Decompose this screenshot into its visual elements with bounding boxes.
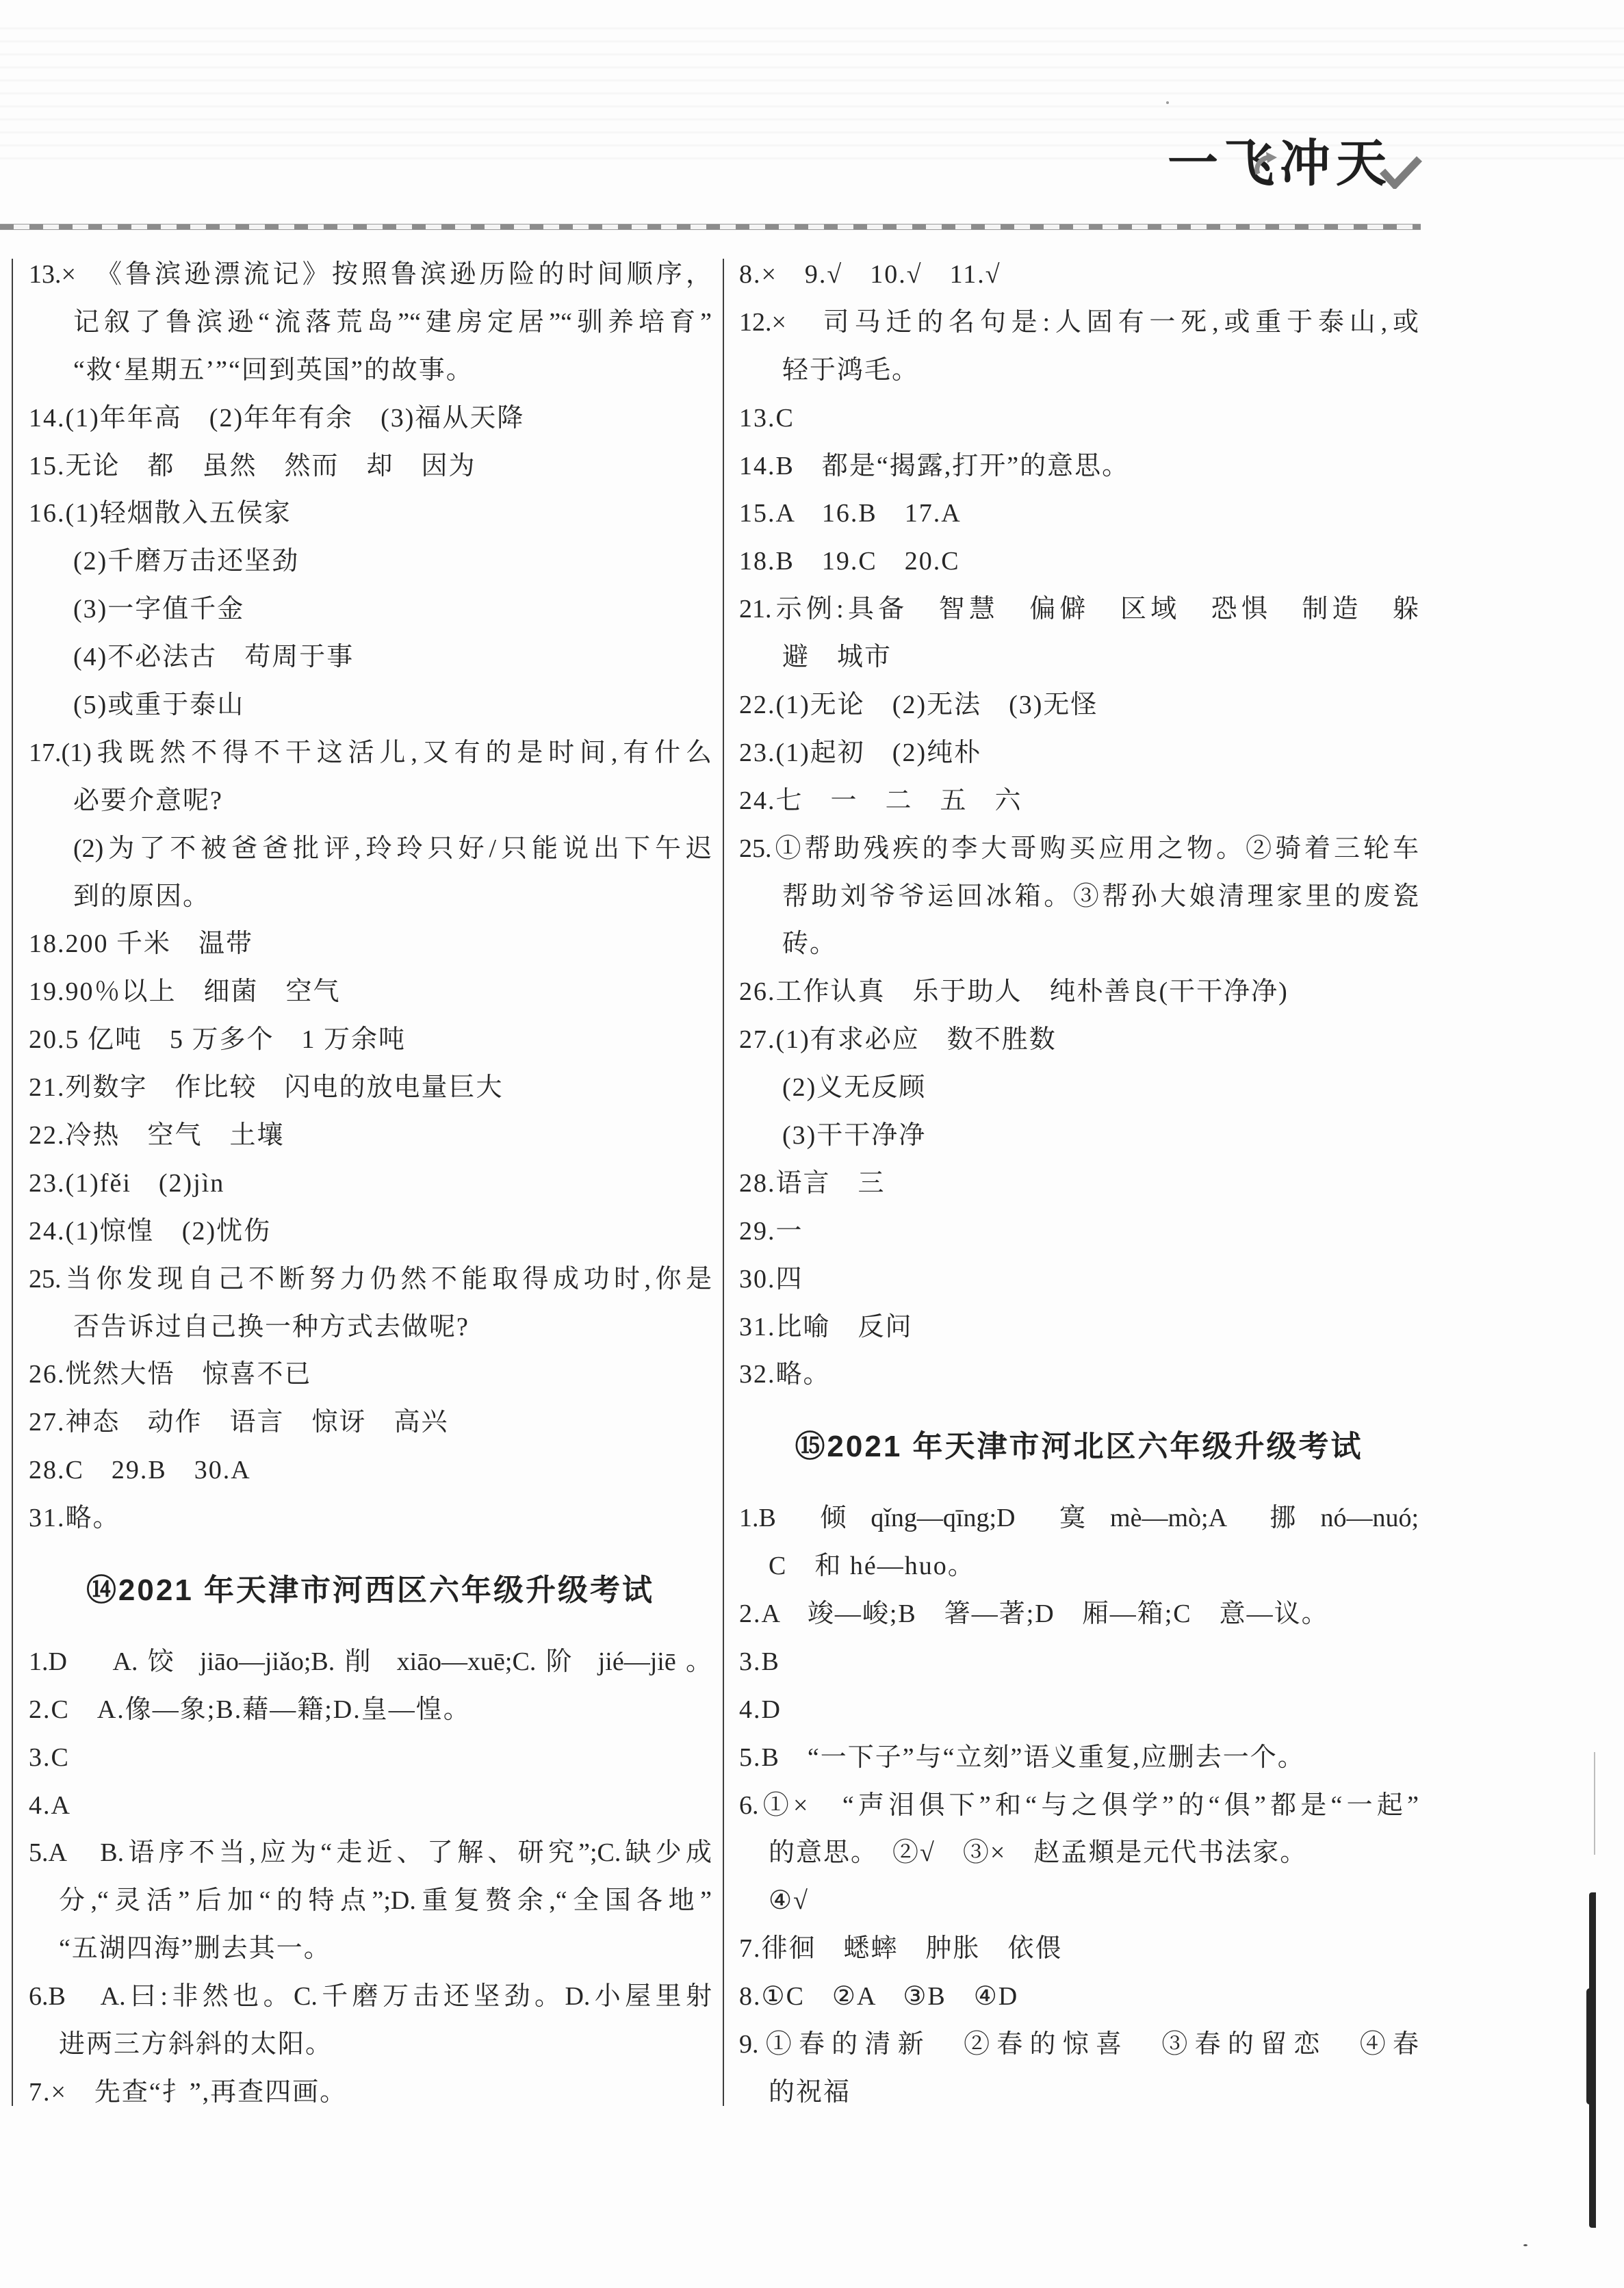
answer-line: 12.× 司马迁的名句是:人固有一死,或重于泰山,或 [739,299,1419,347]
answer-line: 16.(1)轻烟散入五侯家 [29,490,712,538]
answer-line: 17.(1)我既然不得不干这活儿,又有的是时间,有什么 [29,730,712,777]
answer-line: (2)义无反顾 [739,1064,1419,1112]
answer-line: 的祝福 [739,2069,1419,2117]
answer-item-4: 4.A [29,1782,712,1830]
answer-line: C 和 hé—huo。 [739,1543,1419,1591]
answer-item-16: 16.(1)轻烟散入五侯家 (2)千磨万击还坚劲 (3)一字值千金 (4)不必法… [29,490,712,729]
section-title: ⑮2021 年天津市河北区六年级升级考试 [739,1399,1419,1495]
answer-item-6: 6.①× “声泪俱下”和“与之俱学”的“俱”都是“一起” 的意思。 ②√ ③× … [739,1782,1419,1926]
left-column: 13.× 《鲁滨逊漂流记》按照鲁滨逊历险的时间顺序， 记叙了鲁滨逊“流落荒岛”“… [29,251,712,2117]
answer-line: 27.(1)有求必应 数不胜数 [739,1016,1419,1064]
answer-line: 到的原因。 [29,873,712,921]
answer-item-2: 2.C A.像—象;B.藉—籍;D.皇—惶。 [29,1686,712,1734]
answer-item-25: 25.①帮助残疾的李大哥购买应用之物。②骑着三轮车 帮助刘爷爷运回冰箱。③帮孙大… [739,825,1419,969]
answer-line: 记叙了鲁滨逊“流落荒岛”“建房定居”“驯养培育” [29,299,712,347]
section-14: ⑭2021 年天津市河西区六年级升级考试 1.D A.饺 jiāo—jiǎo;B… [29,1543,712,2117]
answer-item-27: 27.神态 动作 语言 惊讶 高兴 [29,1399,712,1447]
answer-item-14: 14.(1)年年高 (2)年年有余 (3)福从天降 [29,395,712,443]
answer-line: 25.当你发现自己不断努力仍然不能取得成功时,你是 [29,1256,712,1304]
answer-item-25: 25.当你发现自己不断努力仍然不能取得成功时,你是 否告诉过自己换一种方式去做呢… [29,1256,712,1352]
answer-item-30: 30.四 [739,1256,1419,1304]
answer-line: 6.B A.曰:非然也。C.千磨万击还坚劲。D.小屋里射 [29,1973,712,2021]
answer-line: 分,“灵活”后加“的特点”;D.重复赘余,“全国各地” [29,1877,712,1925]
answer-list-part1: 8.× 9.√ 10.√ 11.√ 12.× 司马迁的名句是:人固有一死,或重于… [739,251,1419,1399]
header-divider-rail [0,224,1421,230]
answer-item-18-20: 18.B 19.C 20.C [739,538,1419,586]
answer-line: 砖。 [739,921,1419,968]
answer-item-26: 26.工作认真 乐于助人 纯朴善良(干干净净) [739,968,1419,1016]
swirl-arrow-icon [1254,152,1281,177]
answer-item-4: 4.D [739,1686,1419,1734]
answer-line: 帮助刘爷爷运回冰箱。③帮孙大娘清理家里的废瓷 [739,873,1419,921]
answer-line: “救‘星期五’”“回到英国”的故事。 [29,347,712,395]
left-border-rule [12,259,13,2106]
answer-item-3: 3.B [739,1638,1419,1686]
answer-line: 避 城市 [739,634,1419,682]
section-15: ⑮2021 年天津市河北区六年级升级考试 1.B 倾 qǐng—qīng;D 寞… [739,1399,1419,2116]
answer-item-22: 22.(1)无论 (2)无法 (3)无怪 [739,682,1419,730]
answer-item-31: 31.比喻 反问 [739,1304,1419,1352]
answer-line: (2)千磨万击还坚劲 [29,538,712,586]
answer-line: 9.①春的清新 ②春的惊喜 ③春的留恋 ④春 [739,2021,1419,2069]
answer-item-32: 32.略。 [739,1351,1419,1399]
section-title: ⑭2021 年天津市河西区六年级升级考试 [29,1543,712,1638]
answer-list-part1: 13.× 《鲁滨逊漂流记》按照鲁滨逊历险的时间顺序， 记叙了鲁滨逊“流落荒岛”“… [29,251,712,1543]
scan-edge-smudge [1589,1892,1596,1995]
answer-line: 5.A B.语序不当,应为“走近、了解、研究”;C.缺少成 [29,1829,712,1877]
answer-line: 25.①帮助残疾的李大哥购买应用之物。②骑着三轮车 [739,825,1419,873]
answer-item-1: 1.B 倾 qǐng—qīng;D 寞 mè—mò;A 挪 nó—nuó; C … [739,1495,1419,1591]
answer-item-5: 5.A B.语序不当,应为“走近、了解、研究”;C.缺少成 分,“灵活”后加“的… [29,1829,712,1973]
answer-line: ④√ [739,1877,1419,1925]
answer-item-13: 13.C [739,395,1419,443]
answer-item-23: 23.(1)fěi (2)jìn [29,1160,712,1208]
answer-item-24: 24.(1)惊惶 (2)忧伤 [29,1208,712,1256]
scan-speck [1523,2244,1528,2246]
answer-item-20: 20.5 亿吨 5 万多个 1 万余吨 [29,1016,712,1064]
answer-item-27: 27.(1)有求必应 数不胜数 (2)义无反顾 (3)干干净净 [739,1016,1419,1160]
answer-item-17: 17.(1)我既然不得不干这活儿,又有的是时间,有什么 必要介意呢? (2)为了… [29,730,712,921]
answer-item-14: 14.B 都是“揭露,打开”的意思。 [739,443,1419,491]
answer-line: 轻于鸿毛。 [739,347,1419,395]
answer-item-7: 7.徘徊 蟋蟀 肿胀 依偎 [739,1925,1419,1973]
answer-line: (5)或重于泰山 [29,682,712,730]
answer-item-7: 7.× 先查“扌”,再查四画。 [29,2069,712,2117]
answer-item-8-11: 8.× 9.√ 10.√ 11.√ [739,251,1419,299]
answer-line: 6.①× “声泪俱下”和“与之俱学”的“俱”都是“一起” [739,1782,1419,1830]
answer-line: (2)为了不被爸爸批评,玲玲只好/只能说出下午迟 [29,825,712,873]
answer-line: (3)干干净净 [739,1112,1419,1160]
answer-item-3: 3.C [29,1734,712,1782]
answer-item-12: 12.× 司马迁的名句是:人固有一死,或重于泰山,或 轻于鸿毛。 [739,299,1419,395]
answer-item-6: 6.B A.曰:非然也。C.千磨万击还坚劲。D.小屋里射 进两三方斜斜的太阳。 [29,1973,712,2069]
answer-line: 否告诉过自己换一种方式去做呢? [29,1304,712,1352]
answer-item-15: 15.无论 都 虽然 然而 却 因为 [29,443,712,491]
answer-item-21: 21.列数字 作比较 闪电的放电量巨大 [29,1064,712,1112]
answer-item-28-30: 28.C 29.B 30.A [29,1447,712,1495]
answer-item-21: 21.示例:具备 智慧 偏僻 区域 恐惧 制造 躲 避 城市 [739,586,1419,682]
answer-item-24: 24.七 一 二 五 六 [739,777,1419,825]
answer-line: 的意思。 ②√ ③× 赵孟頫是元代书法家。 [739,1829,1419,1877]
scan-speck [1166,101,1169,104]
right-column: 8.× 9.√ 10.√ 11.√ 12.× 司马迁的名句是:人固有一死,或重于… [739,251,1419,2117]
scan-edge-smudge [1589,2101,1596,2228]
scan-edge-streak [1594,1752,1595,1855]
answer-item-19: 19.90％以上 细菌 空气 [29,968,712,1016]
answer-item-2: 2.A 竣—峻;B 箸—著;D 厢—箱;C 意—议。 [739,1591,1419,1638]
checkmark-icon [1380,155,1422,189]
answer-item-5: 5.B “一下子”与“立刻”语义重复,应删去一个。 [739,1734,1419,1782]
answer-line: 1.B 倾 qǐng—qīng;D 寞 mè—mò;A 挪 nó—nuó; [739,1495,1419,1543]
answer-item-31: 31.略。 [29,1495,712,1543]
answer-line: 13.× 《鲁滨逊漂流记》按照鲁滨逊历险的时间顺序， [29,251,712,299]
answer-line: 21.示例:具备 智慧 偏僻 区域 恐惧 制造 躲 [739,586,1419,634]
answer-line: (3)一字值千金 [29,586,712,634]
answer-item-28: 28.语言 三 [739,1160,1419,1208]
answer-line: 进两三方斜斜的太阳。 [29,2021,712,2069]
answer-item-22: 22.冷热 空气 土壤 [29,1112,712,1160]
answer-line: “五湖四海”删去其一。 [29,1925,712,1973]
answer-item-26: 26.恍然大悟 惊喜不已 [29,1351,712,1399]
answer-item-23: 23.(1)起初 (2)纯朴 [739,730,1419,777]
answer-line: 必要介意呢? [29,777,712,825]
answer-item-8: 8.①C ②A ③B ④D [739,1973,1419,2021]
answer-line: (4)不必法古 苟周于事 [29,634,712,682]
column-divider-rule [723,259,724,2106]
answer-item-1: 1.D A.饺 jiāo—jiǎo;B.削 xiāo—xuē;C.阶 jié—j… [29,1638,712,1686]
answer-item-13: 13.× 《鲁滨逊漂流记》按照鲁滨逊历险的时间顺序， 记叙了鲁滨逊“流落荒岛”“… [29,251,712,395]
answer-item-18: 18.200 千米 温带 [29,921,712,968]
answer-item-9: 9.①春的清新 ②春的惊喜 ③春的留恋 ④春 的祝福 [739,2021,1419,2117]
answer-item-15-17: 15.A 16.B 17.A [739,490,1419,538]
answer-item-29: 29.一 [739,1208,1419,1256]
scan-edge-smudge [1586,1988,1596,2105]
